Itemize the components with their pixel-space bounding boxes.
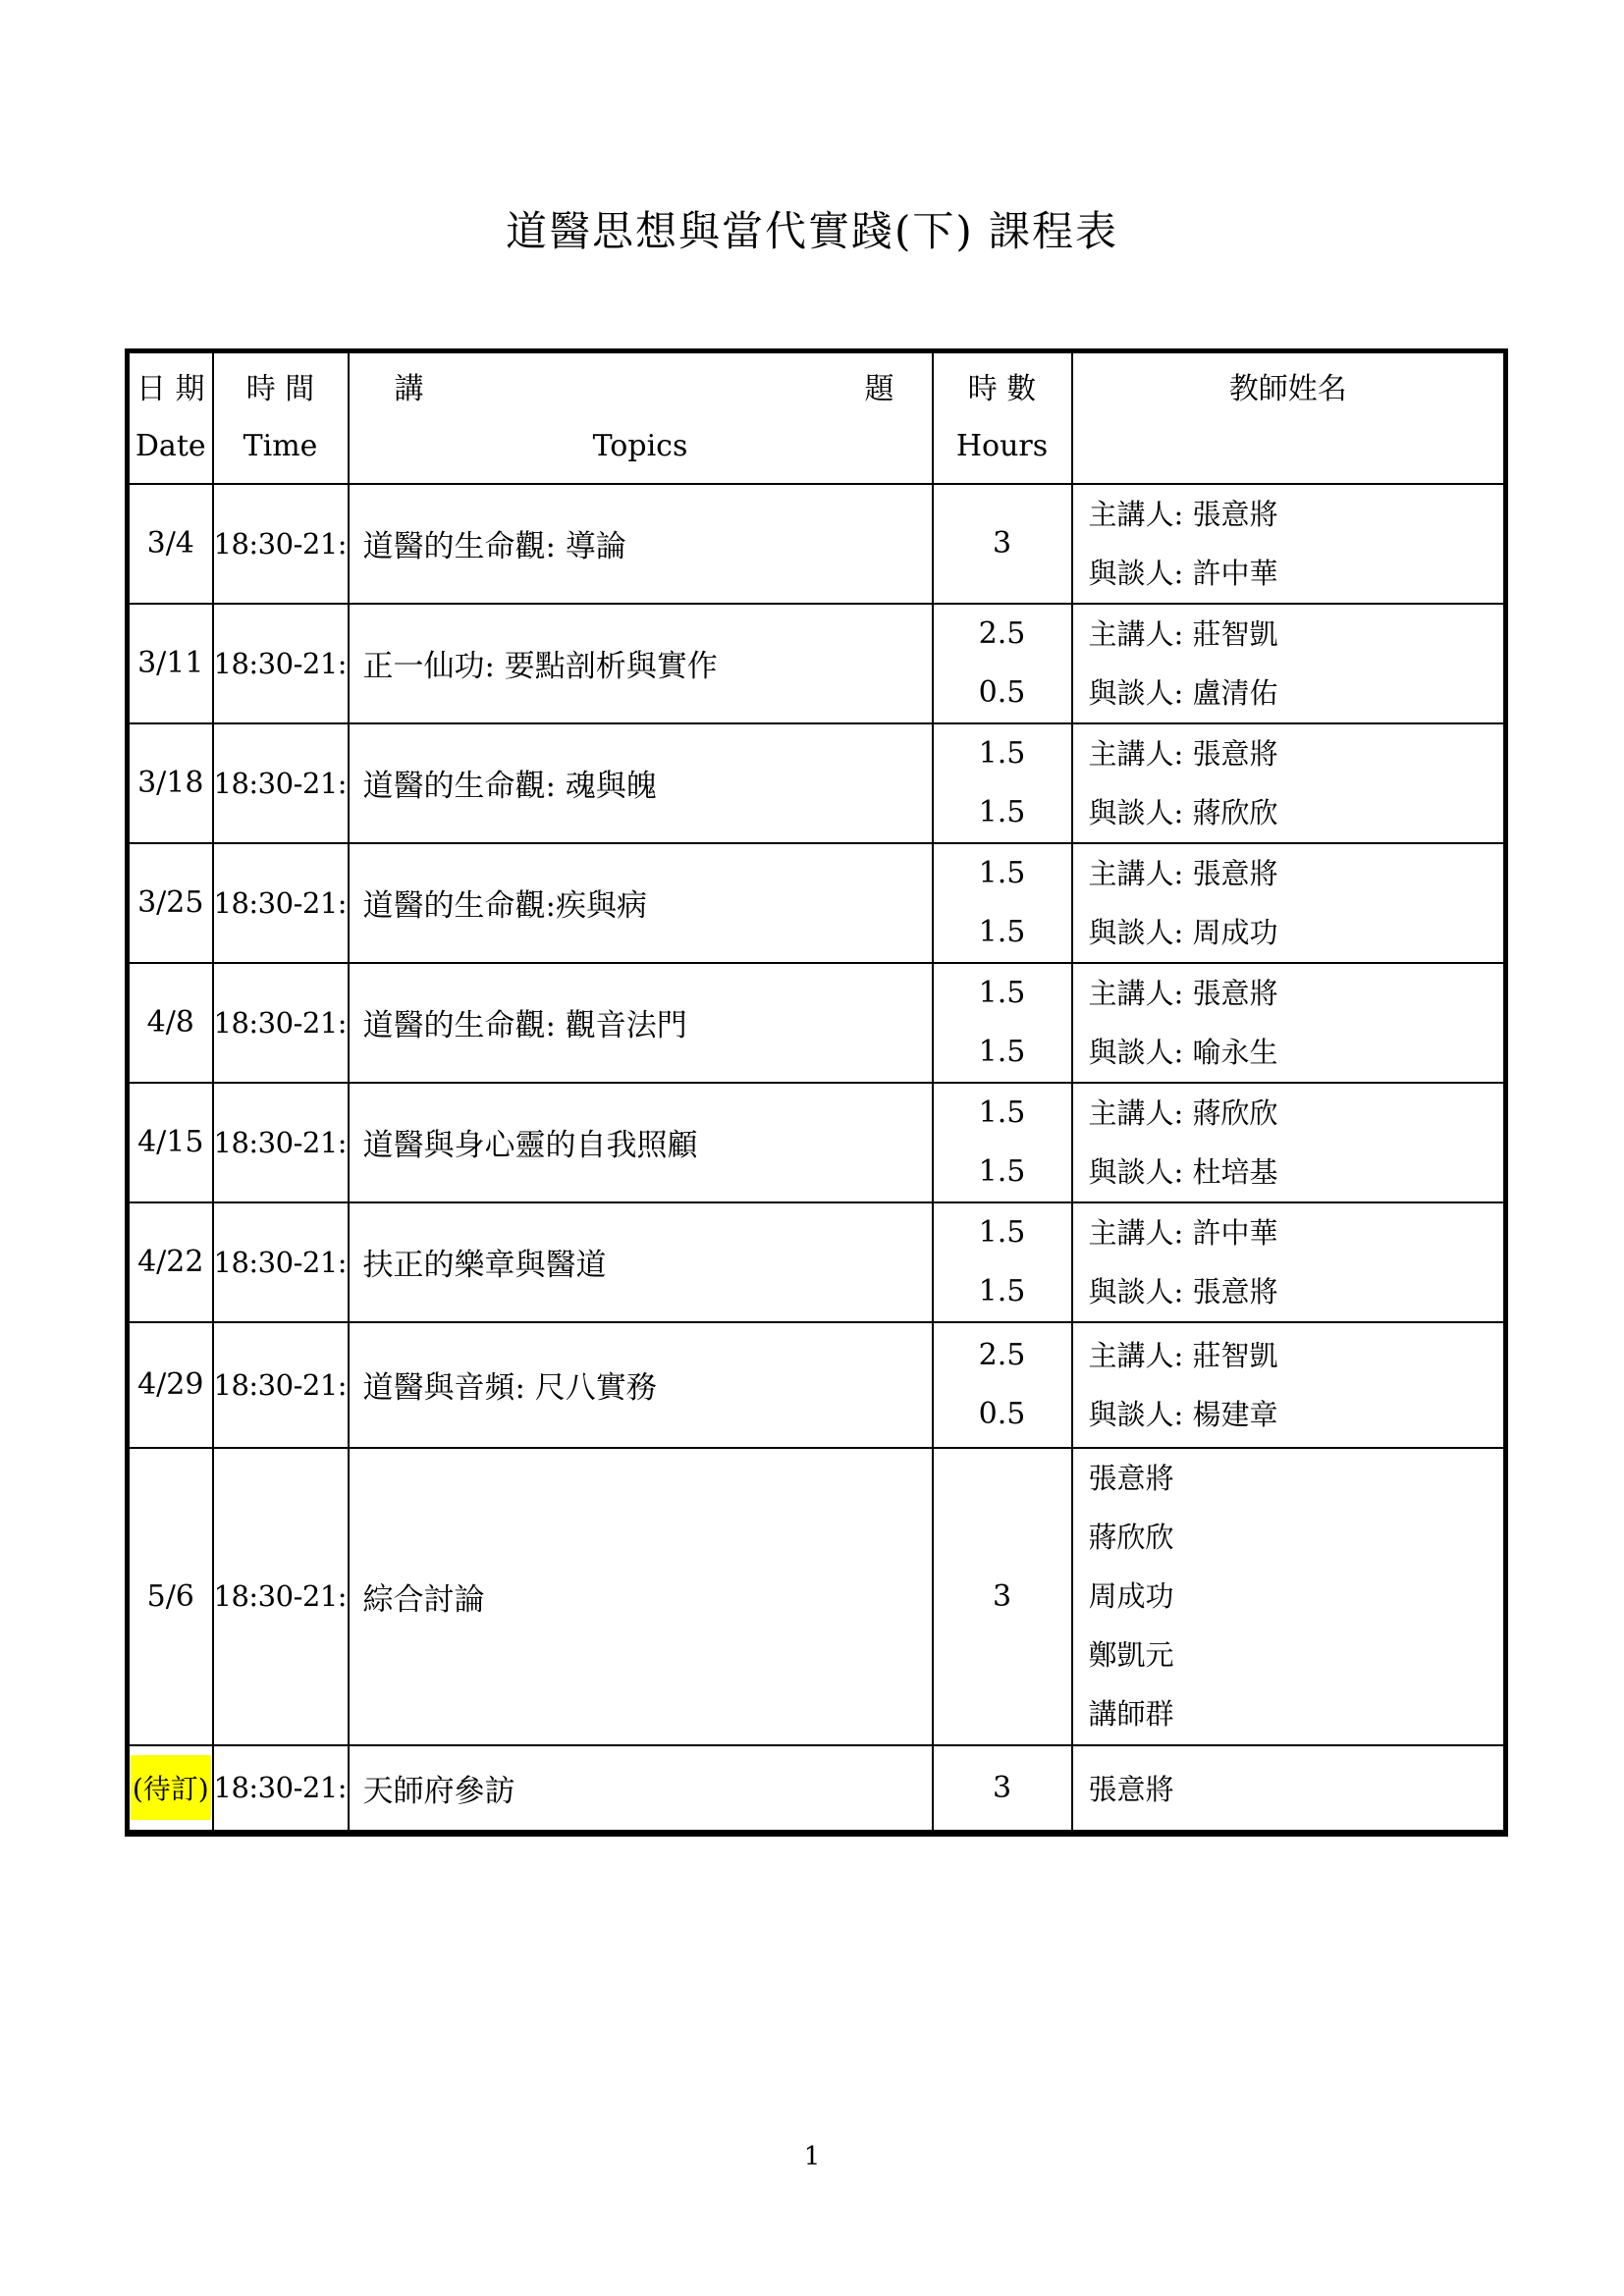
teacher-line: 與談人: 許中華 (1089, 544, 1504, 603)
table-row: 4/15 18:30-21:30 道醫與身心靈的自我照顧 1.5 1.5 主講人… (128, 1083, 1506, 1202)
time-cell: 18:30-21:30 (213, 1202, 349, 1322)
hours-value: 3 (993, 1771, 1011, 1805)
table-row: 4/22 18:30-21:30 扶正的樂章與醫道 1.5 1.5 主講人: 許… (128, 1202, 1506, 1322)
hours-value: 2.5 (934, 1326, 1071, 1385)
hours-stack: 1.5 1.5 (934, 964, 1071, 1082)
time-cell: 18:30-21:30 (213, 1448, 349, 1745)
teacher-line: 主講人: 張意將 (1089, 485, 1504, 544)
teacher-stack: 主講人: 張意將 與談人: 許中華 (1089, 485, 1504, 603)
time-cell: 18:30-21:30 (213, 1083, 349, 1202)
teacher-stack: 主講人: 莊智凱 與談人: 楊建章 (1089, 1326, 1504, 1444)
header-hours: 時 數 Hours (933, 351, 1072, 484)
hours-cell: 1.5 1.5 (933, 1202, 1072, 1322)
date-value: 5/6 (147, 1579, 194, 1614)
header-teacher-zh: 教師姓名 (1073, 361, 1504, 418)
teacher-stack: 主講人: 蔣欣欣 與談人: 杜培基 (1089, 1084, 1504, 1201)
date-cell: 4/29 (128, 1322, 213, 1448)
date-cell: 3/11 (128, 604, 213, 723)
hours-value: 1.5 (934, 1143, 1071, 1201)
hours-value: 1.5 (934, 964, 1071, 1023)
teacher-line: 主講人: 許中華 (1089, 1203, 1504, 1262)
header-teacher-spacer (1073, 418, 1504, 475)
table-row: 3/18 18:30-21:30 道醫的生命觀: 魂與魄 1.5 1.5 主講人… (128, 723, 1506, 843)
teacher-line: 蔣欣欣 (1089, 1508, 1504, 1567)
header-date-zh: 日 期 (130, 361, 212, 418)
time-value: 18:30-21:30 (214, 1126, 349, 1159)
teacher-line: 周成功 (1089, 1567, 1504, 1626)
topic-value: 天師府參訪 (363, 1774, 515, 1809)
topic-cell: 道醫與身心靈的自我照顧 (349, 1083, 933, 1202)
teacher-line: 主講人: 蔣欣欣 (1089, 1084, 1504, 1143)
header-topics-zh: 講 題 (350, 361, 932, 418)
time-value: 18:30-21:30 (214, 1006, 349, 1040)
topic-cell: 道醫的生命觀: 觀音法門 (349, 963, 933, 1083)
header-topics-zh-right: 題 (865, 361, 894, 418)
topic-cell: 道醫與音頻: 尺八實務 (349, 1322, 933, 1448)
table-row: 4/29 18:30-21:30 道醫與音頻: 尺八實務 2.5 0.5 主講人… (128, 1322, 1506, 1448)
time-value: 18:30-21:30 (214, 767, 349, 800)
table-row: 3/11 18:30-21:30 正一仙功: 要點剖析與實作 2.5 0.5 主… (128, 604, 1506, 723)
hours-value: 0.5 (934, 664, 1071, 722)
header-time: 時 間 Time (213, 351, 349, 484)
hours-cell: 3 (933, 1745, 1072, 1834)
topic-value: 道醫的生命觀: 觀音法門 (363, 1008, 687, 1043)
time-value: 18:30-21:30 (214, 647, 349, 680)
date-value: 3/25 (137, 885, 203, 920)
date-value: 4/8 (147, 1005, 194, 1040)
teacher-line: 講師群 (1089, 1684, 1504, 1743)
date-value: 4/29 (137, 1367, 203, 1402)
table-row: (待訂) 18:30-21:30 天師府參訪 3 張意將 (128, 1745, 1506, 1834)
teacher-line: 與談人: 張意將 (1089, 1262, 1504, 1321)
topic-cell: 道醫的生命觀: 魂與魄 (349, 723, 933, 843)
hours-cell: 1.5 1.5 (933, 843, 1072, 963)
hours-cell: 3 (933, 484, 1072, 604)
teacher-stack: 張意將 蔣欣欣 周成功 鄭凱元 講師群 (1089, 1449, 1504, 1743)
teacher-line: 與談人: 盧清佑 (1089, 664, 1504, 722)
hours-value: 1.5 (934, 1262, 1071, 1321)
teachers-cell: 主講人: 張意將 與談人: 蔣欣欣 (1072, 723, 1506, 843)
hours-value: 1.5 (934, 1084, 1071, 1143)
time-value: 18:30-21:30 (214, 1771, 349, 1804)
date-cell: 3/18 (128, 723, 213, 843)
date-value: 3/18 (137, 766, 203, 800)
time-cell: 18:30-21:30 (213, 843, 349, 963)
teacher-stack: 主講人: 張意將 與談人: 蔣欣欣 (1089, 724, 1504, 842)
date-cell: 3/4 (128, 484, 213, 604)
teacher-line: 與談人: 杜培基 (1089, 1143, 1504, 1201)
hours-value: 1.5 (934, 844, 1071, 903)
topic-value: 扶正的樂章與醫道 (363, 1248, 607, 1283)
date-value: 4/22 (137, 1245, 203, 1279)
time-value: 18:30-21:30 (214, 1368, 349, 1402)
topic-value: 道醫的生命觀:疾與病 (363, 888, 647, 924)
date-value: 4/15 (137, 1125, 203, 1159)
teacher-line: 張意將 (1089, 1449, 1504, 1508)
time-cell: 18:30-21:30 (213, 1745, 349, 1834)
hours-stack: 2.5 0.5 (934, 1326, 1071, 1444)
teacher-line: 主講人: 莊智凱 (1089, 605, 1504, 664)
date-value-highlighted: (待訂) (131, 1755, 211, 1820)
header-time-zh: 時 間 (214, 361, 348, 418)
hours-stack: 1.5 1.5 (934, 1084, 1071, 1201)
hours-stack: 1.5 1.5 (934, 1203, 1071, 1321)
page-title: 道醫思想與當代實踐(下) 課程表 (0, 199, 1624, 258)
header-teacher: 教師姓名 (1072, 351, 1506, 484)
time-value: 18:30-21:30 (214, 1579, 349, 1613)
date-cell: 3/25 (128, 843, 213, 963)
time-cell: 18:30-21:30 (213, 604, 349, 723)
topic-value: 道醫的生命觀: 魂與魄 (363, 769, 657, 804)
teacher-line: 主講人: 張意將 (1089, 724, 1504, 783)
teachers-cell: 張意將 蔣欣欣 周成功 鄭凱元 講師群 (1072, 1448, 1506, 1745)
topic-cell: 綜合討論 (349, 1448, 933, 1745)
time-cell: 18:30-21:30 (213, 723, 349, 843)
table-row: 4/8 18:30-21:30 道醫的生命觀: 觀音法門 1.5 1.5 主講人… (128, 963, 1506, 1083)
hours-stack: 1.5 1.5 (934, 724, 1071, 842)
time-value: 18:30-21:30 (214, 1246, 349, 1279)
topic-value: 道醫與音頻: 尺八實務 (363, 1370, 657, 1406)
hours-value: 2.5 (934, 605, 1071, 664)
topic-cell: 道醫的生命觀: 導論 (349, 484, 933, 604)
hours-value: 1.5 (934, 783, 1071, 842)
table-header-row: 日 期 Date 時 間 Time 講 題 Topics 時 數 Hours 教… (128, 351, 1506, 484)
time-cell: 18:30-21:30 (213, 484, 349, 604)
hours-cell: 1.5 1.5 (933, 1083, 1072, 1202)
table-row: 5/6 18:30-21:30 綜合討論 3 張意將 蔣欣欣 周成功 鄭凱元 講… (128, 1448, 1506, 1745)
hours-value: 1.5 (934, 1203, 1071, 1262)
teachers-cell: 主講人: 莊智凱 與談人: 楊建章 (1072, 1322, 1506, 1448)
hours-value: 1.5 (934, 903, 1071, 962)
header-topics: 講 題 Topics (349, 351, 933, 484)
teacher-line: 鄭凱元 (1089, 1626, 1504, 1684)
hours-value: 3 (993, 526, 1011, 561)
topic-value: 正一仙功: 要點剖析與實作 (363, 649, 718, 684)
topic-cell: 道醫的生命觀:疾與病 (349, 843, 933, 963)
time-value: 18:30-21:30 (214, 886, 349, 920)
hours-value: 1.5 (934, 724, 1071, 783)
time-value: 18:30-21:30 (214, 527, 349, 561)
time-cell: 18:30-21:30 (213, 963, 349, 1083)
teacher-line: 主講人: 張意將 (1089, 964, 1504, 1023)
teacher-line: 主講人: 莊智凱 (1089, 1326, 1504, 1385)
course-schedule-table: 日 期 Date 時 間 Time 講 題 Topics 時 數 Hours 教… (125, 348, 1508, 1837)
teacher-stack: 主講人: 張意將 與談人: 喻永生 (1089, 964, 1504, 1082)
header-hours-en: Hours (934, 418, 1071, 475)
teacher-line: 與談人: 楊建章 (1089, 1385, 1504, 1444)
hours-value: 3 (993, 1579, 1011, 1614)
hours-cell: 2.5 0.5 (933, 604, 1072, 723)
date-cell: 4/22 (128, 1202, 213, 1322)
header-hours-zh: 時 數 (934, 361, 1071, 418)
time-cell: 18:30-21:30 (213, 1322, 349, 1448)
teachers-cell: 主講人: 蔣欣欣 與談人: 杜培基 (1072, 1083, 1506, 1202)
hours-cell: 1.5 1.5 (933, 963, 1072, 1083)
teachers-cell: 主講人: 莊智凱 與談人: 盧清佑 (1072, 604, 1506, 723)
hours-value: 1.5 (934, 1023, 1071, 1082)
header-date-en: Date (130, 418, 212, 475)
date-cell: 5/6 (128, 1448, 213, 1745)
teacher-line: 與談人: 周成功 (1089, 903, 1504, 962)
table-row: 3/4 18:30-21:30 道醫的生命觀: 導論 3 主講人: 張意將 與談… (128, 484, 1506, 604)
hours-value: 0.5 (934, 1385, 1071, 1444)
header-time-en: Time (214, 418, 348, 475)
header-topics-en: Topics (350, 418, 932, 475)
hours-cell: 2.5 0.5 (933, 1322, 1072, 1448)
topic-value: 綜合討論 (363, 1582, 485, 1618)
teachers-cell: 主講人: 張意將 與談人: 周成功 (1072, 843, 1506, 963)
teacher-stack: 主講人: 張意將 與談人: 周成功 (1089, 844, 1504, 962)
teacher-stack: 主講人: 莊智凱 與談人: 盧清佑 (1089, 605, 1504, 722)
topic-value: 道醫的生命觀: 導論 (363, 529, 626, 564)
date-cell: (待訂) (128, 1745, 213, 1834)
topic-cell: 天師府參訪 (349, 1745, 933, 1834)
topic-value: 道醫與身心靈的自我照顧 (363, 1128, 698, 1163)
topic-cell: 扶正的樂章與醫道 (349, 1202, 933, 1322)
teacher-line: 張意將 (1089, 1773, 1174, 1806)
date-cell: 4/15 (128, 1083, 213, 1202)
header-date: 日 期 Date (128, 351, 213, 484)
hours-stack: 1.5 1.5 (934, 844, 1071, 962)
date-value: 3/4 (147, 526, 194, 561)
teacher-line: 主講人: 張意將 (1089, 844, 1504, 903)
hours-cell: 3 (933, 1448, 1072, 1745)
teachers-cell: 張意將 (1072, 1745, 1506, 1834)
table-row: 3/25 18:30-21:30 道醫的生命觀:疾與病 1.5 1.5 主講人:… (128, 843, 1506, 963)
teachers-cell: 主講人: 許中華 與談人: 張意將 (1072, 1202, 1506, 1322)
header-topics-zh-left: 講 (395, 361, 424, 418)
topic-cell: 正一仙功: 要點剖析與實作 (349, 604, 933, 723)
page-number: 1 (0, 2142, 1624, 2171)
teachers-cell: 主講人: 張意將 與談人: 喻永生 (1072, 963, 1506, 1083)
hours-cell: 1.5 1.5 (933, 723, 1072, 843)
hours-stack: 2.5 0.5 (934, 605, 1071, 722)
teachers-cell: 主講人: 張意將 與談人: 許中華 (1072, 484, 1506, 604)
date-value: 3/11 (137, 646, 203, 680)
teacher-line: 與談人: 喻永生 (1089, 1023, 1504, 1082)
teacher-line: 與談人: 蔣欣欣 (1089, 783, 1504, 842)
date-cell: 4/8 (128, 963, 213, 1083)
teacher-stack: 主講人: 許中華 與談人: 張意將 (1089, 1203, 1504, 1321)
